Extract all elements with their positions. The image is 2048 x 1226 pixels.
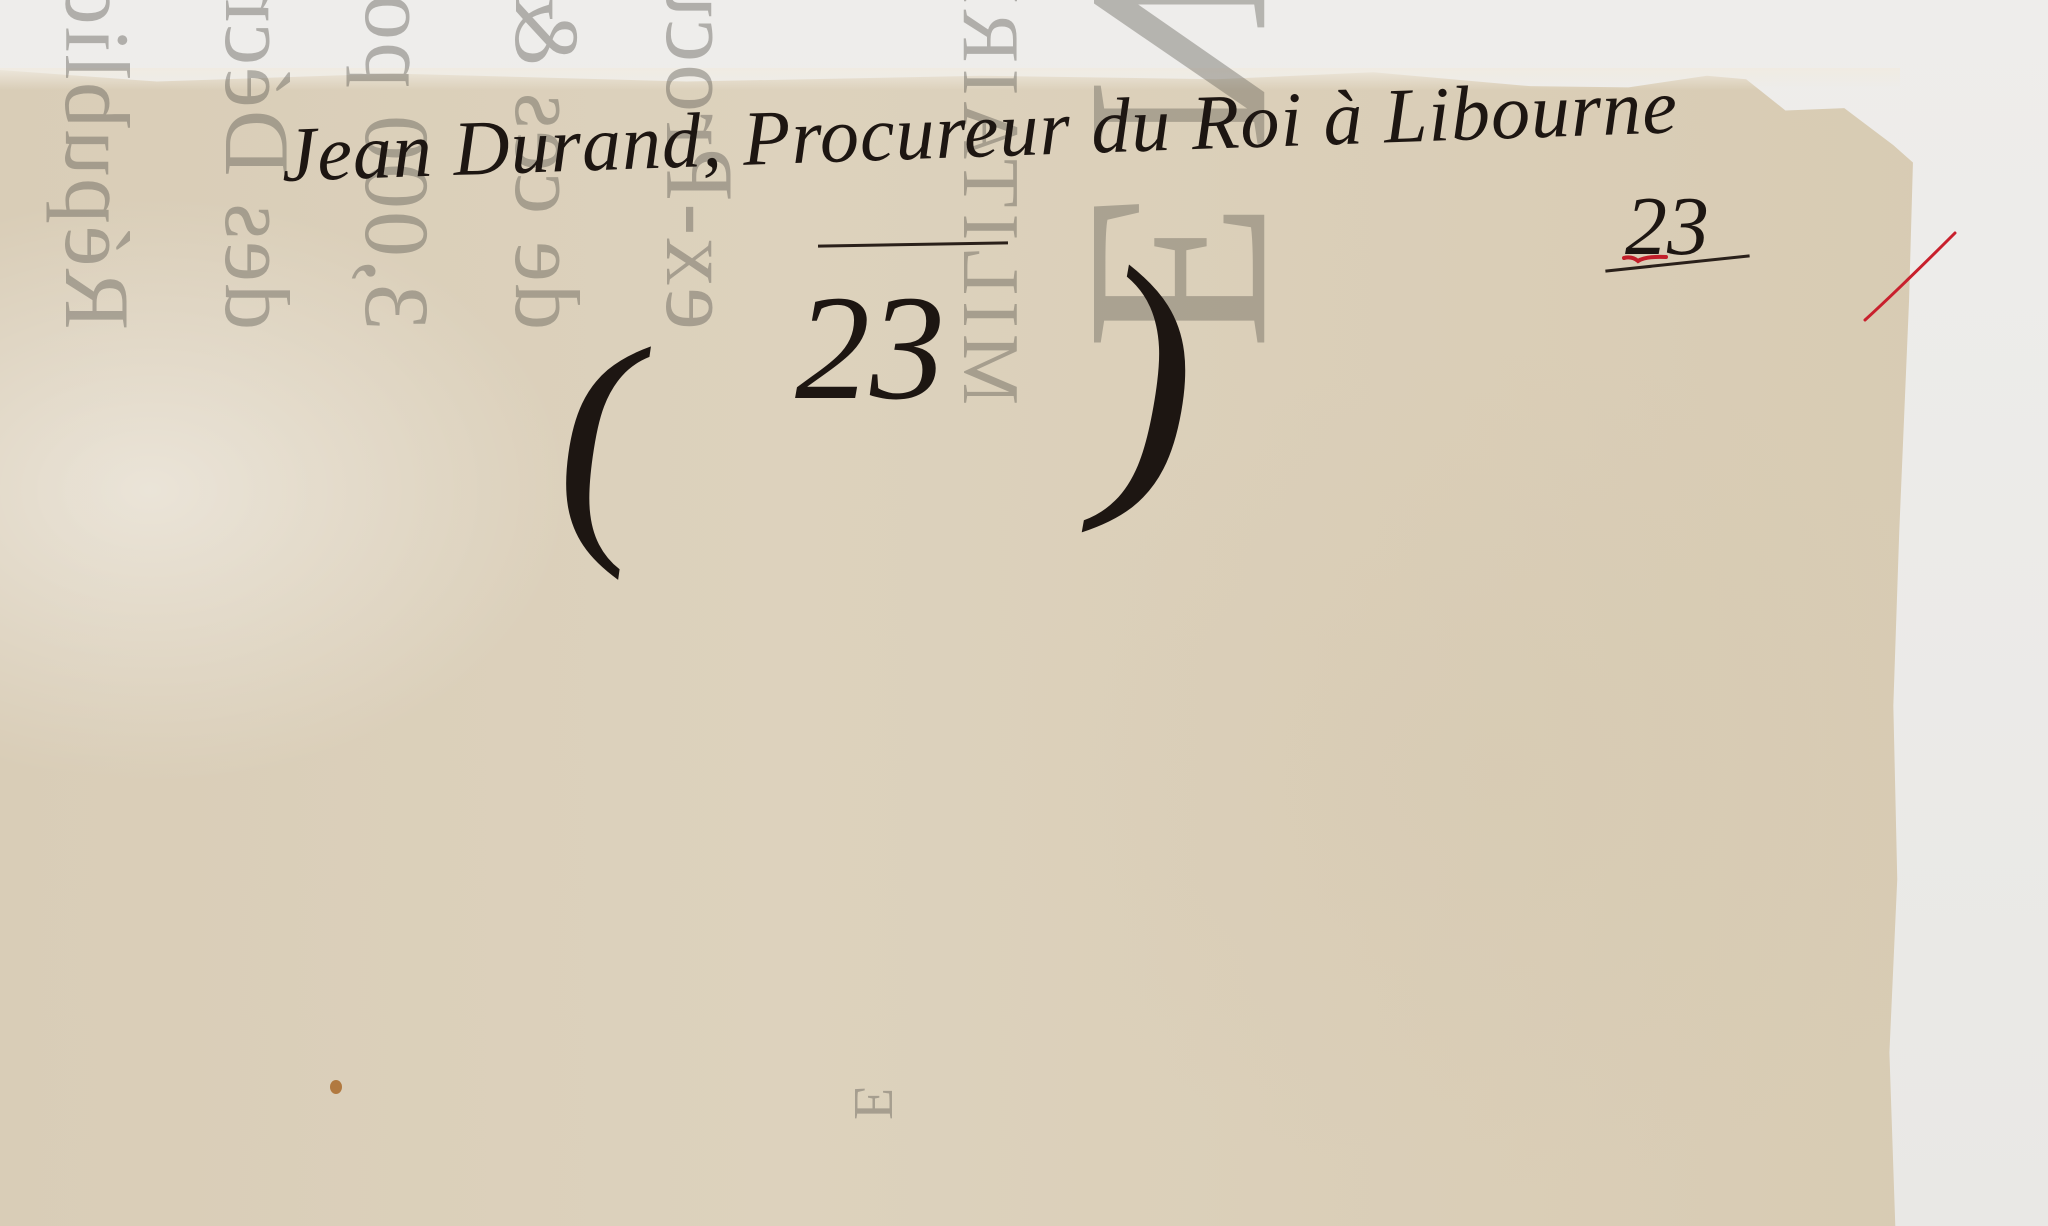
bleed-through-line-1: Républiq	[44, 0, 150, 330]
rust-spot	[330, 1080, 342, 1094]
red-check-mark-icon	[1622, 254, 1670, 264]
bleed-through-line-6: E	[841, 1084, 905, 1120]
handwritten-center-number: 23	[795, 262, 945, 434]
bleed-through-line-7: MILITAIRE,	[944, 0, 1035, 405]
red-pencil-slash-icon	[1860, 228, 1960, 328]
